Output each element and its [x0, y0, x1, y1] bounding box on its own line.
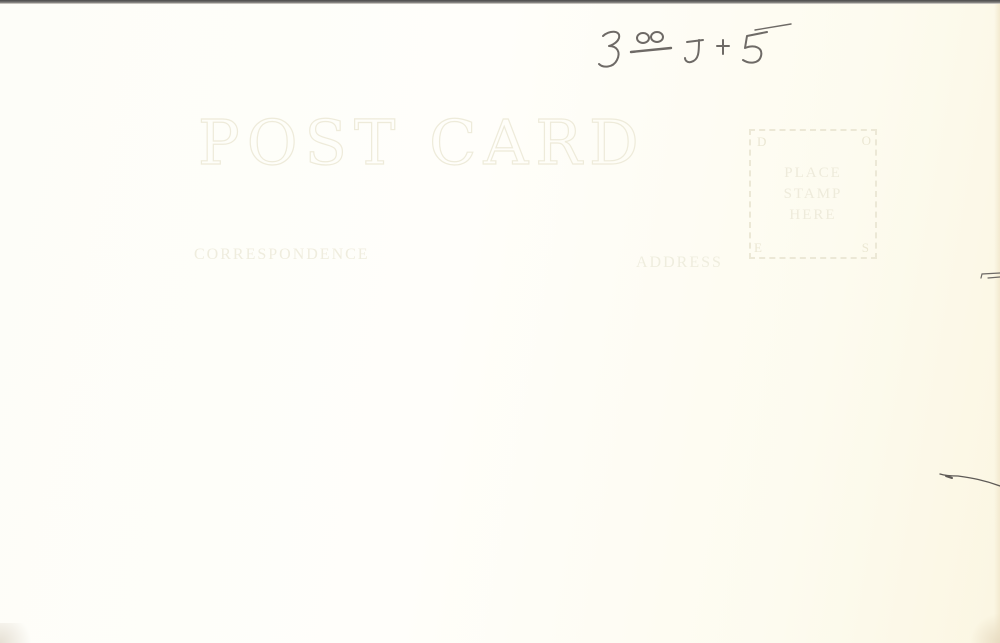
stamp-corner-letter: S: [862, 240, 869, 256]
postcard-back: 3⁰⁰ J+5 POST CARD CORRESPONDENCE ADDRESS…: [0, 0, 1000, 643]
postcard-header-title: POST CARD: [198, 112, 646, 174]
stamp-corner-letter: E: [754, 240, 762, 256]
card-corner-wear: [970, 613, 1000, 643]
card-corner-wear: [0, 623, 40, 643]
stamp-line: HERE: [751, 205, 875, 226]
stamp-line: PLACE: [751, 163, 875, 184]
stamp-line: STAMP: [751, 184, 875, 205]
handwritten-price-note: 3⁰⁰ J+5: [595, 18, 795, 78]
card-top-edge-shadow: [0, 0, 1000, 4]
correspondence-label: CORRESPONDENCE: [194, 246, 370, 264]
stamp-instructions: PLACE STAMP HERE: [751, 163, 875, 226]
stamp-corner-letter: D: [757, 134, 766, 150]
pencil-mark: [978, 270, 1000, 286]
stamp-box: D O E S PLACE STAMP HERE: [749, 129, 877, 259]
address-label: ADDRESS: [636, 254, 723, 272]
card-right-edge: [994, 4, 1000, 643]
stamp-corner-letter: O: [862, 133, 871, 149]
pencil-mark: [938, 466, 1000, 490]
